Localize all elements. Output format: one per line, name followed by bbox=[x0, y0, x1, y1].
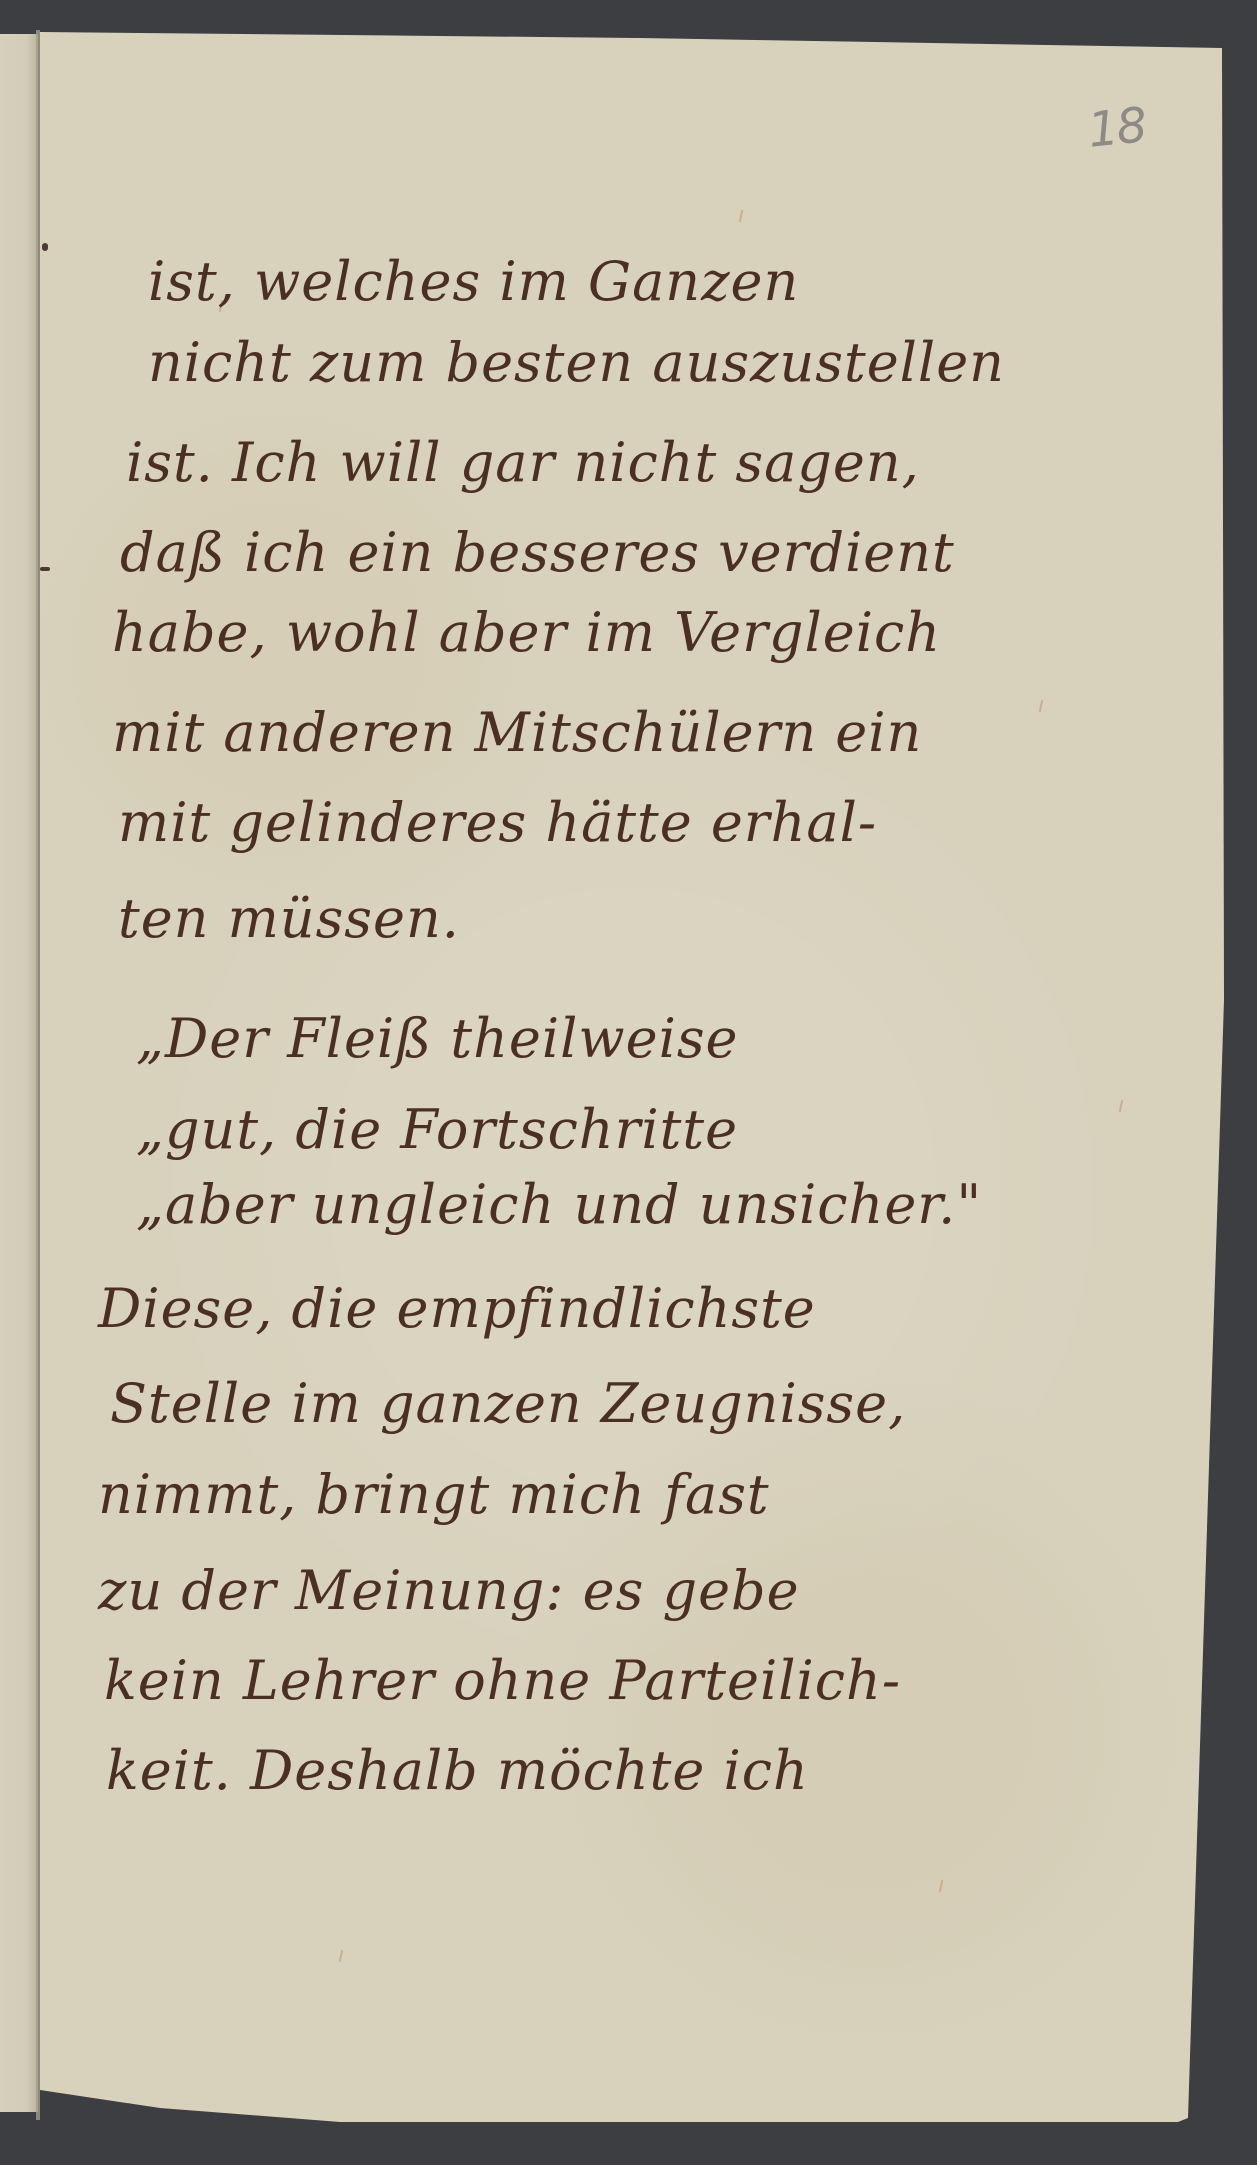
margin-mark bbox=[42, 243, 48, 251]
folio-number: 18 bbox=[1085, 97, 1148, 159]
manuscript-quote-line: „aber ungleich und unsicher." bbox=[136, 1178, 982, 1232]
manuscript-quote-line: „gut, die Fortschritte bbox=[136, 1103, 738, 1157]
manuscript-line: mit anderen Mitschülern ein bbox=[112, 706, 922, 760]
paper-fleck bbox=[1119, 1100, 1123, 1112]
manuscript-line: nicht zum besten auszustellen bbox=[148, 336, 1005, 390]
manuscript-page bbox=[40, 0, 1225, 2165]
manuscript-line: ist, welches im Ganzen bbox=[148, 255, 799, 309]
manuscript-line: daß ich ein besseres verdient bbox=[120, 526, 955, 580]
manuscript-line: mit gelinderes hätte erhal- bbox=[118, 796, 877, 850]
binding-gutter bbox=[36, 30, 40, 2120]
margin-mark bbox=[40, 567, 50, 571]
manuscript-line: kein Lehrer ohne Parteilich- bbox=[104, 1654, 901, 1708]
manuscript-line: zu der Meinung: es gebe bbox=[98, 1564, 800, 1618]
paper-fleck bbox=[339, 1950, 343, 1962]
paper-fleck bbox=[939, 1880, 943, 1892]
paper-fleck bbox=[739, 210, 743, 222]
manuscript-line: nimmt, bringt mich fast bbox=[98, 1468, 770, 1522]
manuscript-quote-line: „Der Fleiß theilweise bbox=[136, 1012, 739, 1066]
previous-page-edge bbox=[0, 34, 38, 2112]
manuscript-line: Stelle im ganzen Zeugnisse, bbox=[110, 1377, 906, 1431]
paper-fleck bbox=[1039, 700, 1043, 712]
manuscript-line: keit. Deshalb möchte ich bbox=[106, 1744, 809, 1798]
manuscript-line: ten müssen. bbox=[118, 892, 460, 946]
manuscript-line: ist. Ich will gar nicht sagen, bbox=[126, 436, 920, 490]
manuscript-line: Diese, die empfindlichste bbox=[98, 1282, 816, 1336]
manuscript-line: habe, wohl aber im Vergleich bbox=[112, 606, 941, 660]
